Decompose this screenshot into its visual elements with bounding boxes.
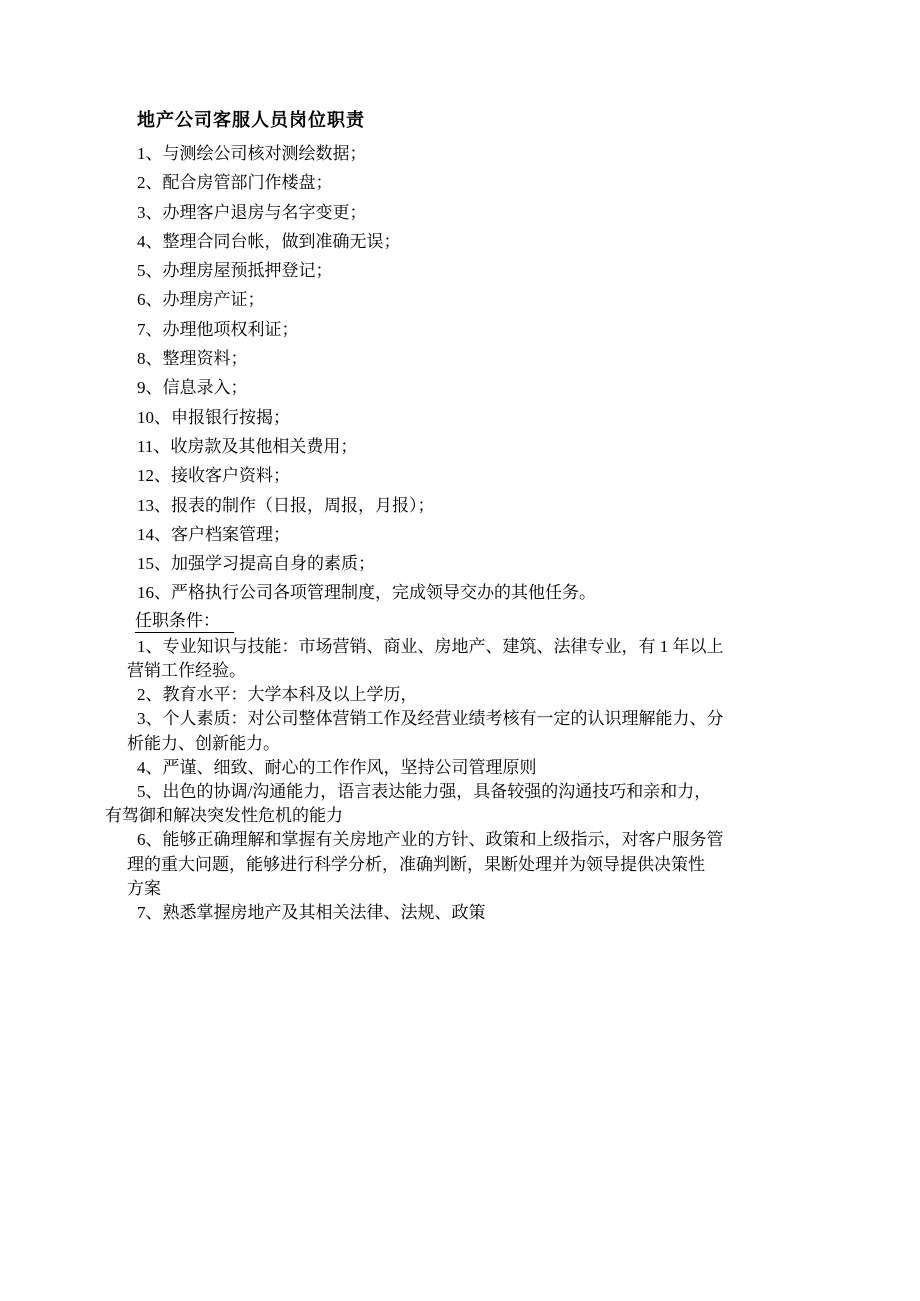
qualification-line: 理的重大问题，能够进行科学分析，准确判断，果断处理并为领导提供决策性 xyxy=(127,853,817,877)
duty-item: 2、配合房管部门作楼盘； xyxy=(137,168,817,197)
qualification-line: 3、个人素质：对公司整体营销工作及经营业绩考核有一定的认识理解能力、分 xyxy=(137,707,817,731)
duty-item: 6、办理房产证； xyxy=(137,285,817,314)
duty-item: 12、接收客户资料； xyxy=(137,461,817,490)
qualification-line: 有驾御和解决突发性危机的能力 xyxy=(105,804,817,828)
duty-item: 4、整理合同台帐，做到准确无误； xyxy=(137,227,817,256)
qualification-line: 1、专业知识与技能：市场营销、商业、房地产、建筑、法律专业，有 1 年以上 xyxy=(137,635,817,659)
qualification-line: 方案 xyxy=(127,877,817,901)
duty-item: 7、办理他项权利证； xyxy=(137,315,817,344)
qualification-line: 析能力、创新能力。 xyxy=(127,732,817,756)
qualification-line: 5、出色的协调/沟通能力，语言表达能力强，具备较强的沟通技巧和亲和力， xyxy=(137,780,817,804)
document-title: 地产公司客服人员岗位职责 xyxy=(137,109,817,132)
duty-item: 15、加强学习提高自身的素质； xyxy=(137,549,817,578)
duty-item: 10、申报银行按揭； xyxy=(137,403,817,432)
duty-item: 14、客户档案管理； xyxy=(137,520,817,549)
duty-item: 11、收房款及其他相关费用； xyxy=(137,432,817,461)
document-content: 地产公司客服人员岗位职责 1、与测绘公司核对测绘数据； 2、配合房管部门作楼盘；… xyxy=(105,109,817,925)
duties-list: 1、与测绘公司核对测绘数据； 2、配合房管部门作楼盘； 3、办理客户退房与名字变… xyxy=(105,139,817,608)
duty-item: 16、严格执行公司各项管理制度，完成领导交办的其他任务。 xyxy=(137,578,817,607)
duty-item: 5、办理房屋预抵押登记； xyxy=(137,256,817,285)
qualification-line: 营销工作经验。 xyxy=(127,659,817,683)
duty-item: 3、办理客户退房与名字变更； xyxy=(137,198,817,227)
qualification-line: 2、教育水平：大学本科及以上学历， xyxy=(137,683,817,707)
qualification-line: 4、严谨、细致、耐心的工作作风，坚持公司管理原则 xyxy=(137,756,817,780)
qualifications-list: 1、专业知识与技能：市场营销、商业、房地产、建筑、法律专业，有 1 年以上 营销… xyxy=(105,635,817,925)
duty-item: 13、报表的制作（日报，周报，月报）； xyxy=(137,491,817,520)
qualification-line: 6、能够正确理解和掌握有关房地产业的方针、政策和上级指示，对客户服务管 xyxy=(137,828,817,852)
qualification-line: 7、熟悉掌握房地产及其相关法律、法规、政策 xyxy=(137,901,817,925)
qualifications-heading-text: 任职条件： xyxy=(135,609,234,633)
qualifications-heading: 任职条件： xyxy=(135,609,817,633)
duty-item: 9、信息录入； xyxy=(137,373,817,402)
duty-item: 8、整理资料； xyxy=(137,344,817,373)
duty-item: 1、与测绘公司核对测绘数据； xyxy=(137,139,817,168)
document-page: 地产公司客服人员岗位职责 1、与测绘公司核对测绘数据； 2、配合房管部门作楼盘；… xyxy=(0,0,920,1301)
